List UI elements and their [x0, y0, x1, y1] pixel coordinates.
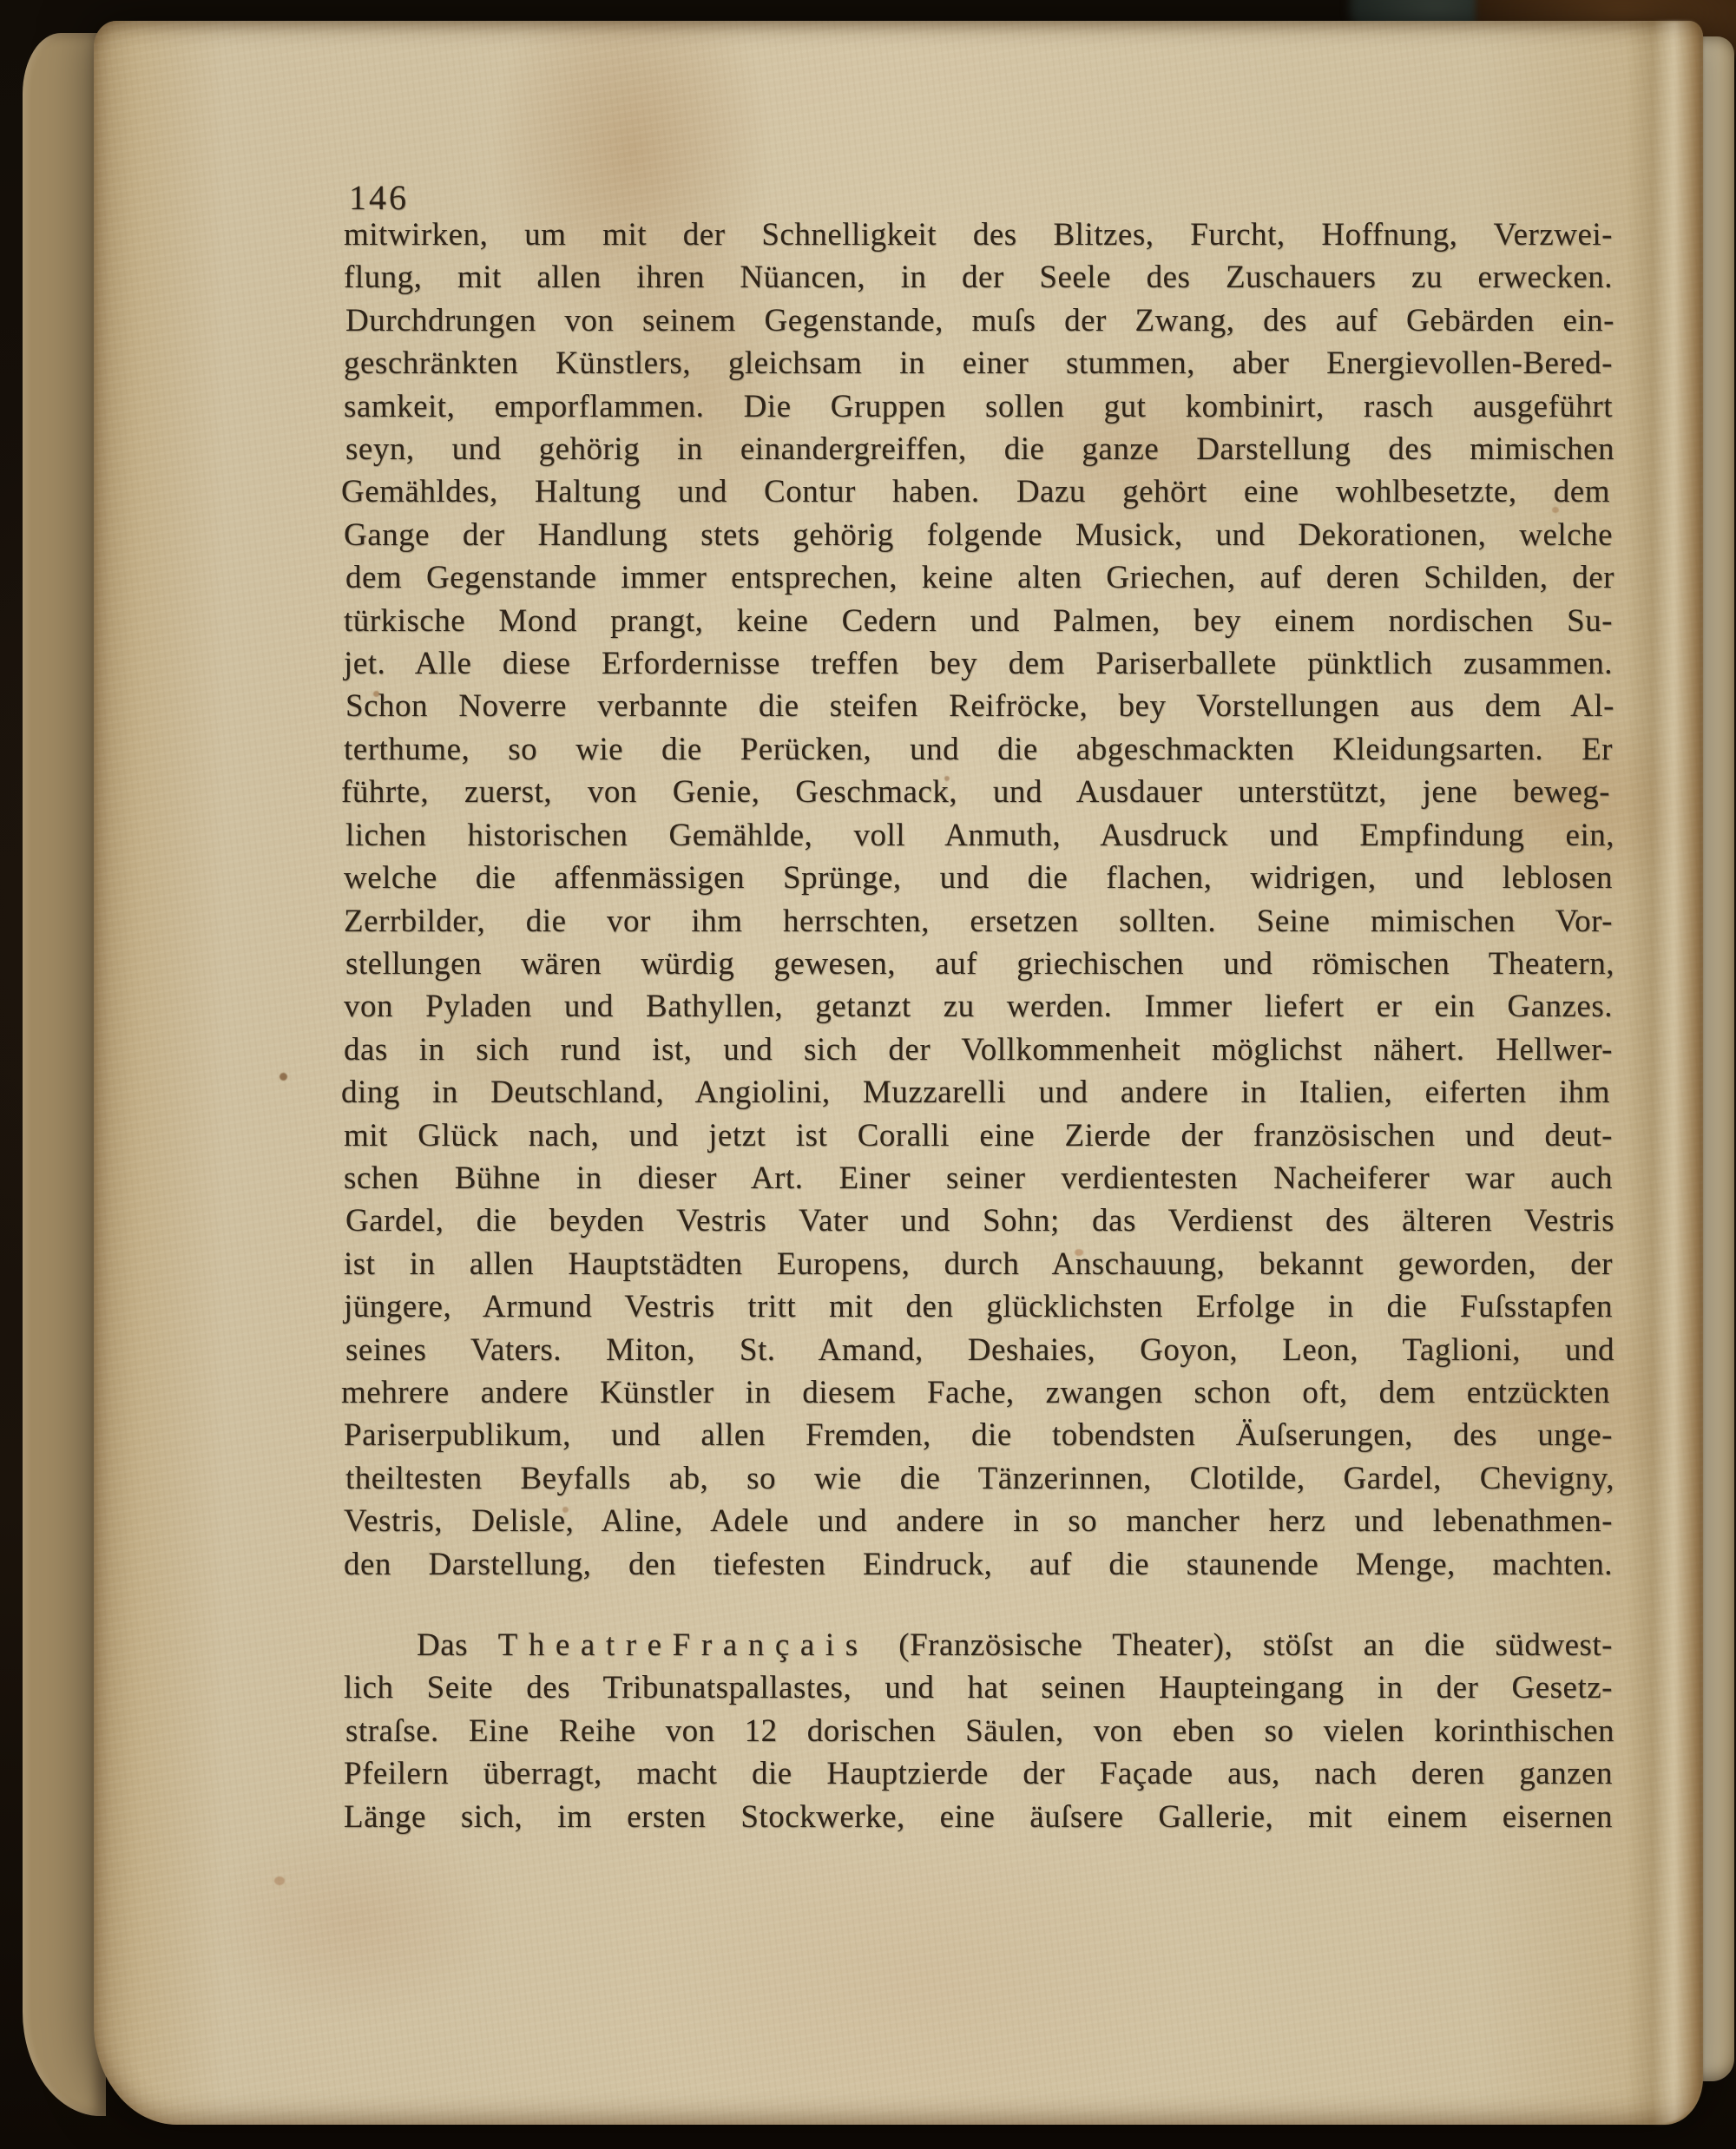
text-line: führte, zuerst, von Genie, Geschmack, un…: [341, 771, 1610, 813]
text-line: von Pyladen und Bathyllen, getanzt zu we…: [344, 985, 1613, 1028]
text-line: Gardel, die beyden Vestris Vater und Soh…: [345, 1199, 1614, 1242]
foxing-spot: [274, 1876, 285, 1885]
book-scan-photo: 146 mitwirken, um mit der Schnelligkeit …: [0, 0, 1736, 2149]
text-line: das in sich rund ist, und sich der Vollk…: [344, 1028, 1613, 1071]
text-line: terthume, so wie die Perücken, und die a…: [344, 728, 1613, 771]
text-line: ist in allen Hauptstädten Europens, durc…: [344, 1243, 1613, 1285]
letterspaced-term: TheatreFrançais: [498, 1627, 869, 1663]
text-line: theiltesten Beyfalls ab, so wie die Tänz…: [345, 1457, 1614, 1500]
text-line: mehrere andere Künstler in diesem Fache,…: [341, 1371, 1610, 1414]
text-line: jüngere, Armund Vestris tritt mit den gl…: [344, 1285, 1613, 1328]
text-line: lich Seite des Tribunatspallastes, und h…: [344, 1666, 1613, 1709]
text-line: samkeit, emporflammen. Die Gruppen solle…: [344, 385, 1613, 428]
text-line: türkische Mond prangt, keine Cedern und …: [344, 600, 1613, 642]
paragraph: Das TheatreFrançais (Französische Theate…: [344, 1624, 1613, 1838]
text-line: Pfeilern überragt, macht die Hauptzierde…: [344, 1752, 1613, 1795]
text-segment: (Französische Theater), stöſst an die sü…: [869, 1627, 1613, 1663]
text-line: mitwirken, um mit der Schnelligkeit des …: [344, 214, 1613, 256]
text-line: mit Glück nach, und jetzt ist Coralli ei…: [344, 1114, 1613, 1157]
text-line: Das TheatreFrançais (Französische Theate…: [344, 1624, 1613, 1666]
book-page: 146 mitwirken, um mit der Schnelligkeit …: [94, 21, 1703, 2125]
text-line: stellungen wären würdig gewesen, auf gri…: [345, 943, 1614, 985]
paragraph: mitwirken, um mit der Schnelligkeit des …: [344, 214, 1613, 1586]
text-line: Gemähldes, Haltung und Contur haben. Daz…: [341, 470, 1610, 513]
text-line: geschränkten Künstlers, gleichsam in ein…: [344, 342, 1613, 384]
text-line: flung, mit allen ihren Nüancen, in der S…: [344, 256, 1613, 299]
text-line: seyn, und gehörig in einandergreiffen, d…: [345, 428, 1614, 470]
text-line: Schon Noverre verbannte die steifen Reif…: [345, 685, 1614, 727]
page-fold-shading: [1627, 21, 1703, 2125]
text-line: ding in Deutschland, Angiolini, Muzzarel…: [341, 1071, 1610, 1114]
text-line: welche die affenmässigen Sprünge, und di…: [344, 857, 1613, 899]
text-line: Gange der Handlung stets gehörig folgend…: [344, 514, 1613, 556]
text-line: straſse. Eine Reihe von 12 dorischen Säu…: [345, 1710, 1614, 1752]
ink-speck: [279, 1073, 287, 1081]
text-line: Pariserpublikum, und allen Fremden, die …: [344, 1414, 1613, 1456]
page-number: 146: [349, 177, 409, 218]
text-line: jet. Alle diese Erfordernisse treffen be…: [344, 642, 1613, 685]
text-line: seines Vaters. Miton, St. Amand, Deshaie…: [345, 1329, 1614, 1371]
text-line: schen Bühne in dieser Art. Einer seiner …: [344, 1157, 1613, 1199]
text-line: lichen historischen Gemählde, voll Anmut…: [345, 814, 1614, 857]
text-segment: Das: [417, 1627, 498, 1663]
text-line: dem Gegenstande immer entsprechen, keine…: [345, 556, 1614, 599]
text-line: Vestris, Delisle, Aline, Adele und ander…: [344, 1500, 1613, 1542]
text-block: mitwirken, um mit der Schnelligkeit des …: [344, 214, 1613, 1838]
text-line: Zerrbilder, die vor ihm herrschten, erse…: [344, 900, 1613, 943]
text-line: Durchdrungen von seinem Gegenstande, muſ…: [345, 299, 1614, 342]
text-line: den Darstellung, den tiefesten Eindruck,…: [344, 1543, 1613, 1586]
text-line: Länge sich, im ersten Stockwerke, eine ä…: [344, 1796, 1613, 1838]
